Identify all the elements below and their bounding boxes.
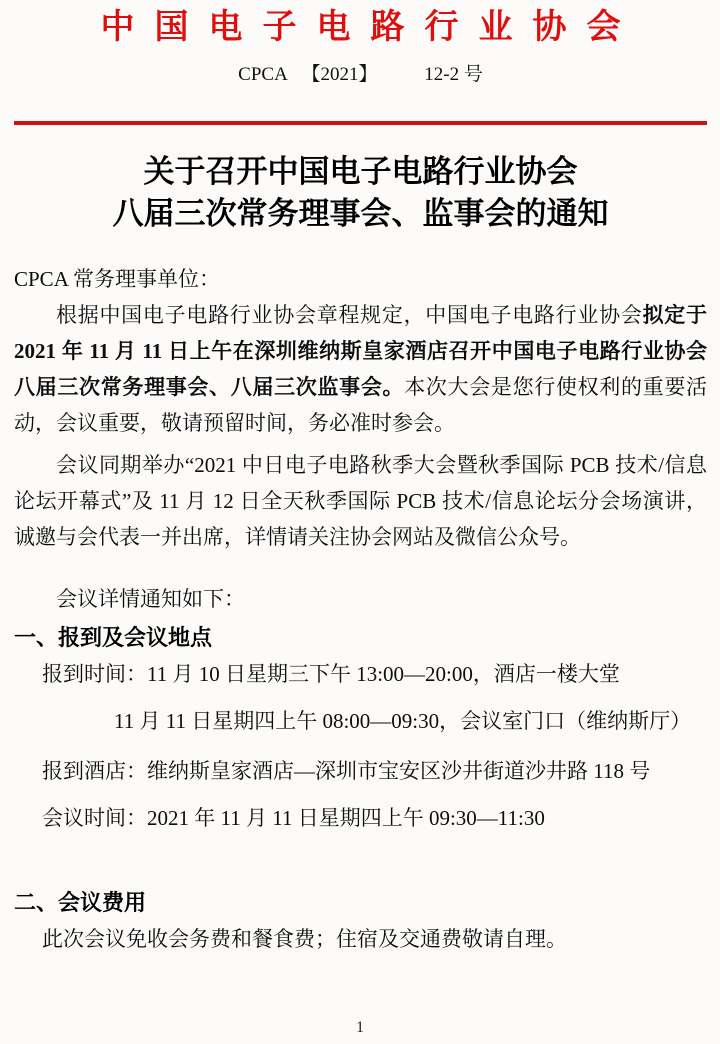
org-title: 中国电子电路行业协会 [14,8,720,48]
registration-time-line2: 11 月 11 日星期四上午 08:00—09:30，会议室门口（维纳斯厅） [14,703,707,739]
paragraph1-lead: 根据中国电子电路行业协会章程规定，中国电子电路行业协会 [56,303,643,327]
section1-heading: 一、报到及会议地点 [14,620,707,656]
registration-hotel-line: 报到酒店：维纳斯皇家酒店—深圳市宝安区沙井街道沙井路 118 号 [14,753,707,789]
page-number: 1 [0,1018,720,1038]
meeting-fee-line: 此次会议免收会务费和餐食费；住宿及交通费敬请自理。 [14,921,707,957]
salutation: CPCA 常务理事单位： [14,261,707,297]
registration-time-line1: 报到时间：11 月 10 日星期三下午 13:00—20:00，酒店一楼大堂 [14,656,707,692]
letterhead-divider-rule [14,121,707,125]
paragraph-meeting-announcement: 根据中国电子电路行业协会章程规定，中国电子电路行业协会拟定于 2021 年 11… [14,297,707,441]
notice-document-page: 中国电子电路行业协会 CPCA 【2021】 12-2 号 关于召开中国电子电路… [0,0,720,1044]
document-title: 关于召开中国电子电路行业协会 八届三次常务理事会、监事会的通知 [14,151,707,235]
document-title-line1: 关于召开中国电子电路行业协会 [14,151,707,193]
section2-heading: 二、会议费用 [14,885,707,921]
document-title-line2: 八届三次常务理事会、监事会的通知 [14,193,707,235]
paragraph-concurrent-events: 会议同期举办“2021 中日电子电路秋季大会暨秋季国际 PCB 技术/信息论坛开… [14,447,707,555]
letterhead: 中国电子电路行业协会 CPCA 【2021】 12-2 号 [14,8,707,125]
meeting-time-line: 会议时间：2021 年 11 月 11 日星期四上午 09:30—11:30 [14,800,707,836]
details-intro-line: 会议详情通知如下： [14,581,707,617]
doc-year: 【2021】 [302,64,378,85]
doc-serial: 12-2 号 [424,64,483,85]
doc-code: CPCA [238,64,287,85]
doc-number-line: CPCA 【2021】 12-2 号 [14,62,707,88]
document-body: CPCA 常务理事单位： 根据中国电子电路行业协会章程规定，中国电子电路行业协会… [14,261,707,957]
